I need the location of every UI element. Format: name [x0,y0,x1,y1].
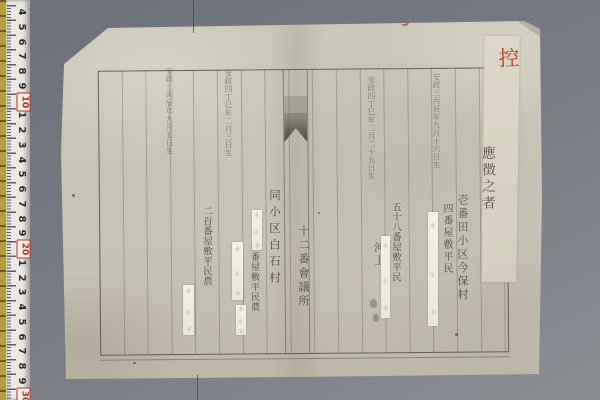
ruler-number: 5 [15,315,27,329]
right-entry2-address: 五十八番屋敷平民 [388,202,402,282]
ruler-number: 3 [15,138,27,152]
folded-corner [517,21,542,38]
left-entry2-address: 二百番屋敷平民農 [199,206,213,286]
right-entry1-birthdate: 安政三丙辰年九月十六日生 [431,73,442,169]
ruler-number: 30 [17,387,31,400]
ink-speck [72,194,75,197]
center-note-column: 十二番會議所 [295,225,311,309]
ruler-number: 8 [15,212,27,226]
right-village-column: 壱番田小区今保村 [454,194,470,302]
left-entry1-birthdate: 安政四丁巳年二月三日生 [223,69,234,157]
measuring-tape: 456789101234567892012345678930 [0,0,30,400]
ruler-number: 7 [15,344,27,358]
ruler-number: 1 [15,108,27,122]
ink-smudge [373,314,379,322]
ruler-number: 9 [15,374,27,388]
red-check-mark [400,18,410,27]
centerfold-line-right [307,70,310,353]
ink-speck [133,362,136,364]
correction-strip [232,242,243,300]
left-entry2-birthdate: 安政三丙辰年九月五日生 [164,67,175,155]
right-entry1-address: 四番屋敷平民 [439,203,454,275]
ruler-number: 6 [15,182,27,196]
ruler-number: 7 [15,197,27,211]
ruler-number: 6 [15,330,27,344]
ruler-number: 5 [15,167,27,181]
centerfold-smudge [284,96,307,114]
ruler-number: 9 [15,226,27,240]
ruler-number: 8 [15,359,27,373]
ruler-number: 7 [15,49,27,63]
correction-strip [252,210,262,250]
ruler-number: 5 [15,20,27,34]
correction-strip [381,236,390,318]
thread-bottom [197,375,198,400]
red-brush-mark: 控 [493,46,524,68]
correction-strip [236,305,246,335]
photo-scene: 456789101234567892012345678930 控 應徴之者 壱番… [0,0,600,400]
document-sheet: 控 應徴之者 壱番田小区今保村 安政三丙辰年九月十六日生 四番屋敷平民 安政四丁… [0,0,600,400]
ink-speck [455,333,458,336]
ruler-number: 8 [15,64,27,78]
ruler-number: 4 [15,153,27,167]
right-entry2-birthdate: 安政四丁巳年二月二十五日生 [366,76,377,180]
fishtail-fold-mark [284,113,307,142]
ruler-number: 3 [15,285,27,299]
ruler-number: 4 [15,5,27,19]
ruler-number: 1 [15,256,27,270]
left-village-column: 同小区白石村 [267,189,283,288]
right-page-heading: 應徴之者 [477,146,497,212]
ruler-number: 6 [15,35,27,49]
ruler-number: 2 [15,271,27,285]
ink-smudge [370,299,377,308]
correction-strip [428,212,438,326]
ruler-number: 4 [15,300,27,314]
thread-top [193,0,194,33]
ruler-number: 2 [15,123,27,137]
correction-strip [183,285,194,335]
ink-speck [318,212,320,214]
ruler-number: 9 [15,79,27,93]
